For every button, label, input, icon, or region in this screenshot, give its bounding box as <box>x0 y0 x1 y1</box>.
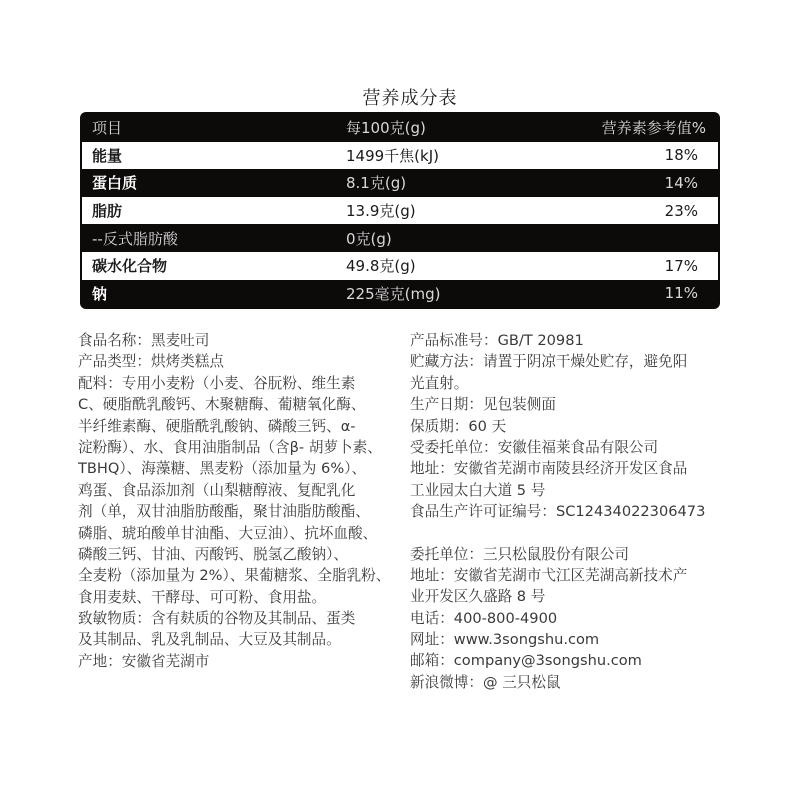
client-address-line: 地址：安徽省芜湖市弋江区芜湖高新技术产 <box>410 565 722 586</box>
client-company-line: 委托单位：三只松鼠股份有限公司 <box>410 544 722 565</box>
nutrient-value: 1499千焦(kJ) <box>346 145 439 166</box>
manufacturer-address-line: 地址：安徽省芜湖市南陵县经济开发区食品 <box>410 458 722 479</box>
table-row-fat: 脂肪 13.9克(g) 23% <box>82 197 718 225</box>
website-line: 网址：www.3songshu.com <box>410 629 722 650</box>
ingredients-line: 食用麦麸、干酵母、可可粉、食用盐。 <box>78 587 400 608</box>
nutrient-nrv: 14% <box>665 174 698 192</box>
license-number-line: 食品生产许可证编号：SC12434022306473 <box>410 501 722 522</box>
origin-line: 产地：安徽省芜湖市 <box>78 651 400 672</box>
ingredients-line: 剂（单，双甘油脂肪酸酯，聚甘油脂肪酸酯、 <box>78 501 400 522</box>
nutrient-nrv: 23% <box>665 202 698 220</box>
production-date-line: 生产日期：见包装侧面 <box>410 394 722 415</box>
table-row-protein: 蛋白质 8.1克(g) 14% <box>82 169 718 197</box>
standard-number-line: 产品标准号：GB/T 20981 <box>410 330 722 351</box>
table-row-sodium: 钠 225毫克(mg) 11% <box>82 280 718 308</box>
ingredients-line: 磷脂、琥珀酸单甘油酯、大豆油）、抗坏血酸、 <box>78 523 400 544</box>
header-item: 项目 <box>92 117 122 138</box>
ingredients-line: 半纤维素酶、硬脂酰乳酸钠、磷酸三钙、α- <box>78 416 400 437</box>
nutrition-facts-table: 项目 每100克(g) 营养素参考值% 能量 1499千焦(kJ) 18% 蛋白… <box>80 112 720 309</box>
ingredients-line: 淀粉酶）、水、食用油脂制品（含β- 胡萝卜素、 <box>78 437 400 458</box>
table-row-energy: 能量 1499千焦(kJ) 18% <box>82 142 718 170</box>
manufacturer-address-line: 工业园太白大道 5 号 <box>410 480 722 501</box>
client-address-line: 业开发区久盛路 8 号 <box>410 586 722 607</box>
nutrient-value: 8.1克(g) <box>346 172 406 193</box>
nutrient-name: --反式脂肪酸 <box>92 228 178 249</box>
phone-line: 电话：400-800-4900 <box>410 608 722 629</box>
nutrient-value: 49.8克(g) <box>346 255 416 276</box>
weibo-line: 新浪微博：@ 三只松鼠 <box>410 672 722 693</box>
ingredients-line: 配料：专用小麦粉（小麦、谷朊粉、维生素 <box>78 373 400 394</box>
nutrient-value: 225毫克(mg) <box>346 283 440 304</box>
nutrient-name: 能量 <box>92 145 122 166</box>
ingredients-line: TBHQ）、海藻糖、黑麦粉（添加量为 6%）、 <box>78 458 400 479</box>
storage-method-line: 光直射。 <box>410 373 722 394</box>
product-type-line: 产品类型：烘烤类糕点 <box>78 351 400 372</box>
table-header-row: 项目 每100克(g) 营养素参考值% <box>82 114 718 142</box>
nutrient-name: 脂肪 <box>92 200 122 221</box>
header-nrv: 营养素参考值% <box>602 117 706 138</box>
nutrient-nrv: 11% <box>665 284 698 302</box>
product-info-left-column: 食品名称：黑麦吐司 产品类型：烘烤类糕点 配料：专用小麦粉（小麦、谷朊粉、维生素… <box>78 330 400 672</box>
shelf-life-line: 保质期：60 天 <box>410 416 722 437</box>
product-name-line: 食品名称：黑麦吐司 <box>78 330 400 351</box>
allergens-line: 致敏物质：含有麸质的谷物及其制品、蛋类 <box>78 608 400 629</box>
ingredients-line: 鸡蛋、食品添加剂（山梨糖醇液、复配乳化 <box>78 480 400 501</box>
ingredients-line: 磷酸三钙、甘油、丙酸钙、脱氢乙酸钠）、 <box>78 544 400 565</box>
nutrition-table-title: 营养成分表 <box>0 84 800 110</box>
table-row-carbohydrate: 碳水化合物 49.8克(g) 17% <box>82 252 718 280</box>
nutrient-name: 碳水化合物 <box>92 255 167 276</box>
ingredients-line: C、硬脂酰乳酸钙、木聚糖酶、葡糖氧化酶、 <box>78 394 400 415</box>
nutrient-nrv: 17% <box>665 257 698 275</box>
table-row-trans-fat: --反式脂肪酸 0克(g) <box>82 224 718 252</box>
manufacturer-line: 受委托单位：安徽佳福莱食品有限公司 <box>410 437 722 458</box>
nutrient-name: 钠 <box>92 283 107 304</box>
spacer <box>410 523 722 544</box>
storage-method-line: 贮藏方法：请置于阴凉干燥处贮存，避免阳 <box>410 351 722 372</box>
nutrient-value: 0克(g) <box>346 228 392 249</box>
nutrient-value: 13.9克(g) <box>346 200 416 221</box>
product-info-right-column: 产品标准号：GB/T 20981 贮藏方法：请置于阴凉干燥处贮存，避免阳 光直射… <box>410 330 722 693</box>
ingredients-line: 全麦粉（添加量为 2%）、果葡糖浆、全脂乳粉、 <box>78 565 400 586</box>
nutrient-name: 蛋白质 <box>92 172 137 193</box>
email-line: 邮箱：company@3songshu.com <box>410 650 722 671</box>
header-per-100g: 每100克(g) <box>346 117 426 138</box>
allergens-line: 及其制品、乳及乳制品、大豆及其制品。 <box>78 629 400 650</box>
nutrient-nrv: 18% <box>665 146 698 164</box>
